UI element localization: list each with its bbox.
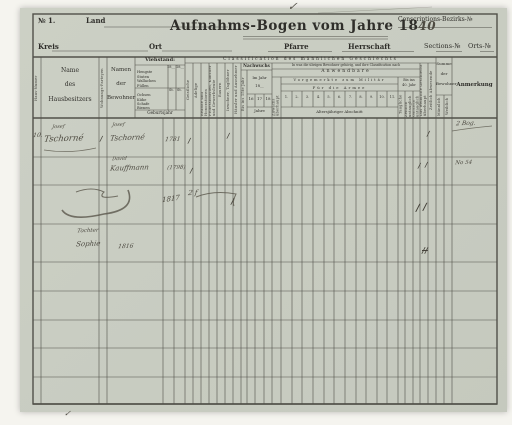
assignment-note-line: In was die übrigen Bewohner gehörig, und… — [272, 64, 420, 67]
sum-title-line3: Bewohner — [436, 82, 452, 86]
offspring-age16: 16 — [247, 97, 255, 101]
until-40-title-line2: 40. Jahr — [398, 84, 420, 88]
classification-title: Classification des männlichen Geschlecht… — [185, 58, 436, 63]
livestock-box-title: Viehstand: — [135, 58, 185, 63]
land-label: Land — [86, 17, 105, 24]
residents-header-line1: Namen — [107, 68, 135, 74]
hw-resident-surname: Sophie — [75, 241, 100, 249]
class-cell: 6. — [334, 96, 345, 100]
hw-owner-surname: Tschorné — [43, 134, 84, 144]
offspring-title: Nachwuchs — [241, 64, 272, 68]
offspring-age17: 17 — [255, 97, 264, 101]
hw-owner-firstname: Josef — [52, 125, 65, 131]
form-title-text: Aufnahms-Bogen vom Jahre 18 — [170, 18, 418, 34]
increase-column: Zuwachs überhaupt — [272, 78, 281, 116]
hw-crossed-ticks: ∕∕ — [422, 246, 428, 254]
sum-female-column: Weiblich — [444, 96, 452, 117]
hw-tick: ∕ — [423, 203, 427, 214]
class-cell: 10. — [377, 96, 387, 100]
hw-tick: ∕ — [416, 204, 420, 215]
pfarre-label: Pfarre — [284, 43, 309, 50]
residents-header-line3: Bewohner — [107, 96, 135, 102]
military-reserved-title: Vorgemerkte zum Militär — [281, 79, 398, 83]
form-title: Aufnahms-Bogen vom Jahre 1840 — [170, 19, 430, 33]
hw-tick: ∕ — [190, 167, 193, 174]
for-the-army-title: Für die Armee — [281, 86, 398, 90]
offspring-unit: Jahre — [247, 109, 272, 113]
temp-unfit-column: Zeitlich untauglich — [405, 92, 413, 117]
class-cell: 1. — [282, 96, 292, 100]
kreis-label: Kreis — [38, 43, 59, 50]
livestock-unit2: St. — [177, 89, 182, 93]
remarks-column-header: Anmerkung — [452, 83, 497, 89]
owner-column-header: Name des Hausbesitzers — [41, 68, 99, 103]
hw-resident-firstname: Tochter — [77, 229, 99, 236]
scanned-census-form: { "page": { "checkmark": "✓", "stray_mar… — [0, 0, 512, 425]
class-cell: 4. — [313, 96, 324, 100]
sum-box-title: Summe der Bewohner — [436, 62, 452, 87]
livestock-year1: 18__ — [167, 66, 175, 70]
hw-remark: 2 Bog. — [456, 121, 476, 128]
fit-column: Taugliche — [398, 92, 405, 117]
hw-tick: ∕ — [100, 135, 103, 142]
hw-remark: No 54 — [455, 161, 473, 167]
class-cell: 2. — [292, 96, 302, 100]
female-sex-column: Das weibliche Geschlecht überhaupt — [420, 64, 428, 116]
residents-header-line2: der — [107, 82, 135, 88]
hw-tick: ∕ — [188, 137, 191, 144]
livestock-unit1: St. — [169, 89, 174, 93]
hw-tick: ∕ — [418, 162, 421, 169]
section-number-label: Sections-№ — [424, 43, 460, 50]
hw-birth-year: 1816 — [118, 244, 134, 251]
orts-number-label: Orts-№ — [468, 43, 491, 50]
herrschaft-label: Herrschaft — [348, 43, 391, 50]
hw-house-number: 10. — [33, 133, 43, 140]
class-cell: 5. — [324, 96, 334, 100]
class-col-cottagers: Häusler und Ausnehmer — [233, 64, 241, 116]
house-number-column-header: Haus-Numer — [33, 60, 41, 116]
class-cell: 11. — [387, 96, 398, 100]
hw-resident-firstname: Josef — [112, 123, 125, 129]
hw-tick: ∕ — [231, 197, 234, 205]
dwelling-parties-column-header: Wohnungs-Parteyen — [99, 60, 107, 116]
sum-title-line2: der — [436, 72, 452, 76]
birth-year-footer: Geburtsjahr — [135, 111, 185, 115]
age-section-footer: Altersjähriger Abschnitt — [281, 110, 398, 114]
class-col-nobles: Adelige — [193, 64, 201, 116]
livestock-year2: 18__ — [176, 66, 184, 70]
hw-resident-surname: Tschorné — [109, 133, 145, 142]
sum-title-line1: Summe — [436, 62, 452, 66]
hw-resident-firstname: David — [112, 157, 127, 163]
offspring-year-line1: Im Jahr — [247, 76, 272, 80]
class-cell: 3. — [302, 96, 313, 100]
wholly-unfit-column: Gänzlich untauglich — [413, 92, 420, 117]
owner-header-line2: des — [41, 82, 99, 88]
hw-birth-year: (1798) — [167, 166, 186, 172]
owner-header-line1: Name — [41, 68, 99, 74]
hw-tick: ∕ — [425, 161, 428, 168]
offspring-age18: 18 — [264, 97, 272, 101]
class-cell: 9. — [366, 96, 377, 100]
sheet-number: № 1. — [38, 17, 55, 24]
offspring-year-line2: 18__ — [247, 84, 272, 88]
hw-resident-surname: Kauffmann — [109, 164, 149, 173]
class-col-tradesmen: Professionisten, Künstler und Gewerbsleu… — [209, 64, 217, 116]
class-cell: 8. — [356, 96, 366, 100]
class-col-farmers: Bauern — [217, 64, 225, 116]
class-cell: 7. — [345, 96, 356, 100]
class-col-laborers: Inwohner, Taglöhner — [225, 64, 233, 116]
hw-tick: ∕ — [227, 132, 230, 139]
class-col-officials: Beamte und Honoratioren — [201, 64, 209, 116]
absent-column: Zeitlich Abwesende — [428, 64, 436, 116]
underline-swash — [44, 148, 96, 152]
residents-column-header: Namen der Bewohner — [107, 68, 135, 101]
owner-header-line3: Hausbesitzers — [41, 97, 99, 103]
sum-male-column: Männlich — [436, 96, 444, 117]
hw-tick: ∕ — [427, 130, 430, 137]
checkmark-annotation: ✓ — [287, 1, 298, 13]
form-title-year-handwritten: 40 — [418, 19, 436, 33]
hw-note: 2 f — [187, 190, 197, 198]
livestock-row: Füllen — [137, 85, 149, 89]
ort-label: Ort — [149, 43, 162, 50]
class-col-clergy: Geistliche — [185, 64, 193, 116]
stray-mark: ✓ — [63, 410, 71, 419]
applicable-title: Anwendbare — [272, 70, 420, 75]
hw-birth-year: 1781 — [165, 137, 181, 144]
